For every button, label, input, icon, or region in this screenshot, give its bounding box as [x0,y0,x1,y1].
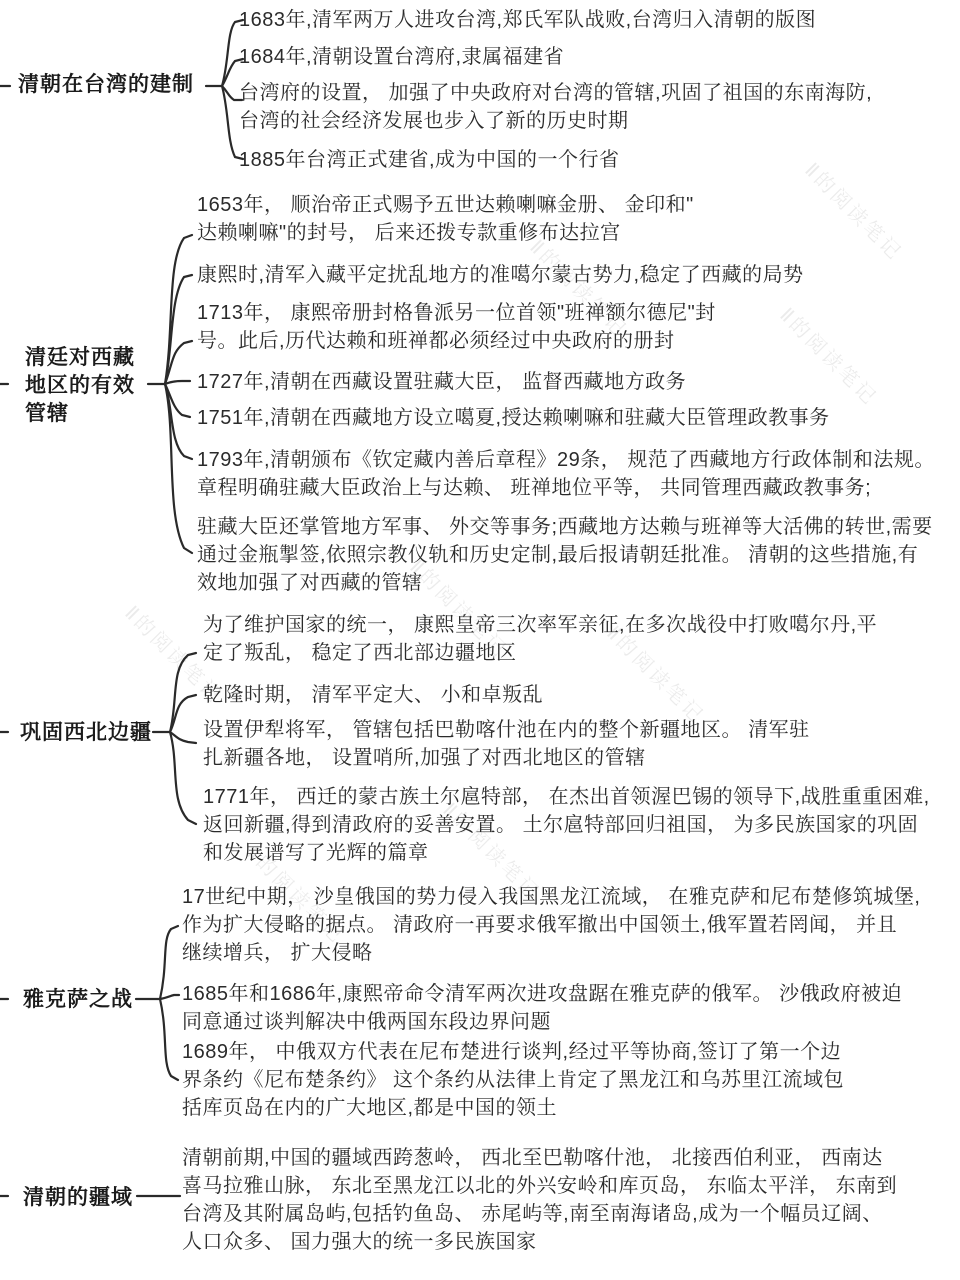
detail-node: 1793年,清朝颁布《钦定藏内善后章程》29条， 规范了西藏地方行政体制和法规。… [197,446,935,502]
detail-node: 1689年， 中俄双方代表在尼布楚进行谈判,经过平等协商,签订了第一个边 界条约… [182,1038,844,1122]
detail-node: 设置伊犁将军， 管辖包括巴勒喀什池在内的整个新疆地区。 清军驻 扎新疆各地， 设… [203,716,810,772]
detail-node: 1713年， 康熙帝册封格鲁派另一位首领"班禅额尔德尼"封 号。此后,历代达赖和… [197,299,716,355]
watermark-text: Ⅱ的阅读笔记 [774,300,885,411]
detail-node: 1751年,清朝在西藏地方设立噶夏,授达赖喇嘛和驻藏大臣管理政教事务 [197,404,830,432]
detail-node: 1684年,清朝设置台湾府,隶属福建省 [239,43,564,71]
detail-node: 台湾府的设置， 加强了中央政府对台湾的管辖,巩固了祖国的东南海防, 台湾的社会经… [239,79,872,135]
detail-node: 乾隆时期， 清军平定大、 小和卓叛乱 [203,681,543,709]
detail-node: 康熙时,清军入藏平定扰乱地方的准噶尔蒙古势力,稳定了西藏的局势 [197,261,804,289]
detail-node: 1653年， 顺治帝正式赐予五世达赖喇嘛金册、 金印和" 达赖喇嘛"的封号， 后… [197,191,694,247]
detail-node: 1885年台湾正式建省,成为中国的一个行省 [239,146,620,174]
detail-node: 1685年和1686年,康熙帝命令清军两次进攻盘踞在雅克萨的俄军。 沙俄政府被迫… [182,980,902,1036]
detail-node: 驻藏大臣还掌管地方军事、 外交等事务;西藏地方达赖与班禅等大活佛的转世,需要 通… [197,513,933,597]
detail-node: 1683年,清军两万人进攻台湾,郑氏军队战败,台湾归入清朝的版图 [239,6,816,34]
detail-node: 清朝前期,中国的疆域西跨葱岭， 西北至巴勒喀什池， 北接西伯利亚， 西南达 喜马… [182,1144,897,1256]
detail-node: 1727年,清朝在西藏设置驻藏大臣， 监督西藏地方政务 [197,368,686,396]
topic-node-yaksa: 雅克萨之战 [23,986,133,1014]
watermark-text: Ⅱ的阅读笔记 [799,155,910,266]
topic-node-northwest: 巩固西北边疆 [20,719,152,747]
topic-node-territory: 清朝的疆域 [23,1184,133,1212]
detail-node: 1771年， 西迁的蒙古族土尔扈特部， 在杰出首领渥巴锡的领导下,战胜重重困难,… [203,783,930,867]
topic-node-tibet: 清廷对西藏 地区的有效 管辖 [25,344,135,428]
detail-node: 为了维护国家的统一， 康熙皇帝三次率军亲征,在多次战役中打败噶尔丹,平 定了叛乱… [203,611,877,667]
detail-node: 17世纪中期， 沙皇俄国的势力侵入我国黑龙江流域， 在雅克萨和尼布楚修筑城堡, … [182,883,920,967]
mindmap-canvas: Ⅱ的阅读笔记 Ⅱ的阅读笔记 Ⅱ的阅读笔记 Ⅱ的阅读笔记 Ⅱ的阅读笔记 Ⅱ的阅读笔… [0,0,960,1280]
topic-node-taiwan: 清朝在台湾的建制 [18,71,194,99]
